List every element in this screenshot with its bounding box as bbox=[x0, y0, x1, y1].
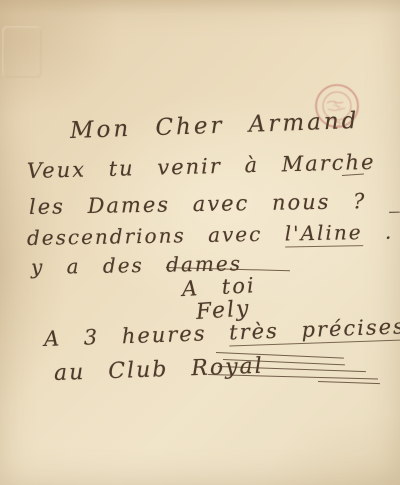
underlined-boat-name: l'Aline bbox=[285, 220, 363, 247]
letter-line-8-text: A 3 heures bbox=[44, 321, 230, 351]
ink-dash bbox=[342, 173, 364, 176]
embossed-stationery-mark bbox=[2, 26, 42, 78]
emphasis-underline bbox=[318, 381, 380, 384]
letter-line-4-text: descendrions avec bbox=[27, 222, 285, 250]
letter-line-4-tail: . et il bbox=[362, 218, 400, 244]
letter-line-8: A 3 heures très précises bbox=[44, 314, 400, 351]
letter-greeting: Mon Cher Armand bbox=[70, 108, 360, 144]
underlined-emphasis: très précises bbox=[229, 314, 400, 346]
letter-line-3: les Dames avec nous ? _ Nous bbox=[29, 187, 400, 219]
letter-line-2: Veux tu venir à Marche bbox=[27, 150, 376, 183]
letter-line-4: descendrions avec l'Aline . et il bbox=[27, 218, 400, 250]
handwritten-letter-scan: Mon Cher Armand Veux tu venir à Marche l… bbox=[0, 0, 400, 485]
